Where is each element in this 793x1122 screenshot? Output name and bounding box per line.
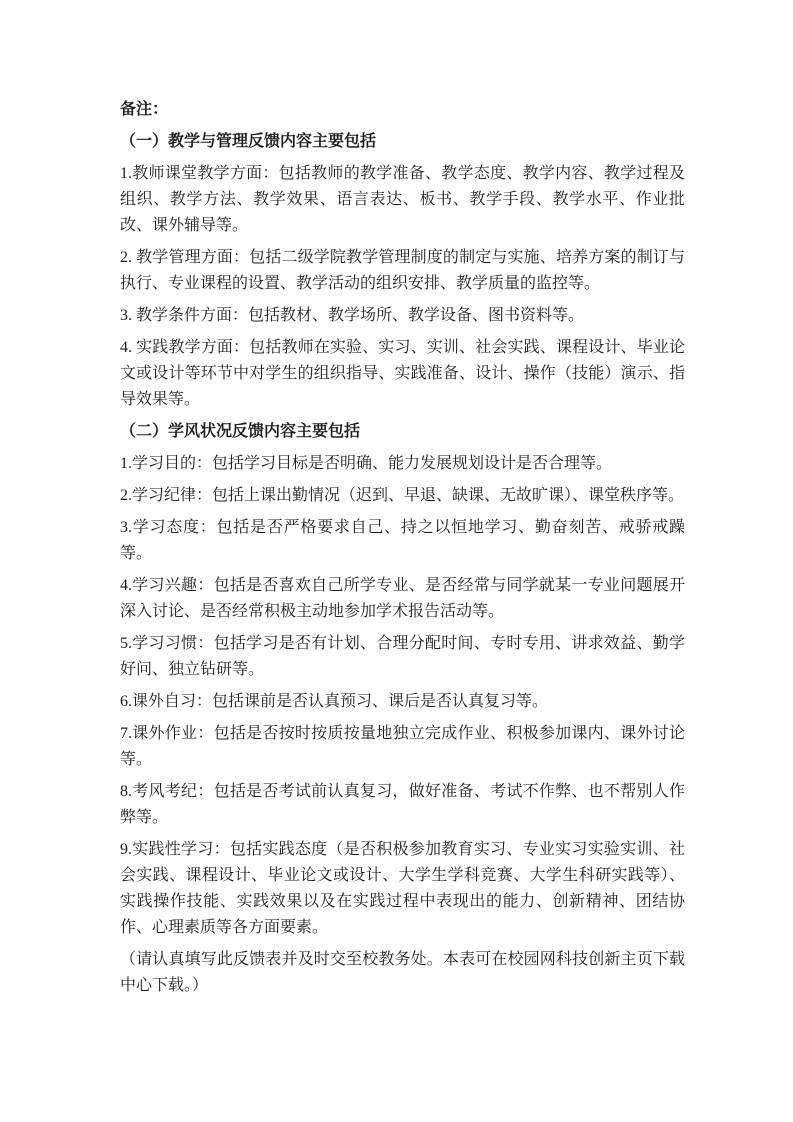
- section-1-item-4: 4. 实践教学方面：包括教师在实验、实习、实训、社会实践、课程设计、毕业论文或设…: [120, 335, 685, 413]
- section-2-heading: （二）学风状况反馈内容主要包括: [120, 419, 685, 445]
- section-1-item-1: 1.教师课堂教学方面：包括教师的教学准备、教学态度、教学内容、教学过程及组织、教…: [120, 161, 685, 239]
- section-2-item-8: 8.考风考纪：包括是否考试前认真复习，做好准备、考试不作弊、也不帮别人作弊等。: [120, 779, 685, 831]
- section-1-heading: （一）教学与管理反馈内容主要包括: [120, 129, 685, 155]
- document-page: 备注： （一）教学与管理反馈内容主要包括 1.教师课堂教学方面：包括教师的教学准…: [120, 97, 685, 1005]
- section-2-item-3: 3.学习态度：包括是否严格要求自己、持之以恒地学习、勤奋刻苦、戒骄戒躁等。: [120, 515, 685, 567]
- footer-note: （请认真填写此反馈表并及时交至校教务处。本表可在校园网科技创新主页下载中心下载。…: [120, 947, 685, 999]
- section-2-item-2: 2.学习纪律：包括上课出勤情况（迟到、早退、缺课、无故旷课）、课堂秩序等。: [120, 483, 685, 509]
- section-2-item-4: 4.学习兴趣：包括是否喜欢自己所学专业、是否经常与同学就某一专业问题展开深入讨论…: [120, 573, 685, 625]
- remarks-label: 备注：: [120, 97, 685, 123]
- section-2-item-6: 6.课外自习：包括课前是否认真预习、课后是否认真复习等。: [120, 689, 685, 715]
- section-2-item-1: 1.学习目的：包括学习目标是否明确、能力发展规划设计是否合理等。: [120, 451, 685, 477]
- section-2-item-9: 9.实践性学习：包括实践态度（是否积极参加教育实习、专业实习实验实训、社会实践、…: [120, 837, 685, 941]
- section-2-item-7: 7.课外作业：包括是否按时按质按量地独立完成作业、积极参加课内、课外讨论等。: [120, 721, 685, 773]
- section-1-item-2: 2. 教学管理方面：包括二级学院教学管理制度的制定与实施、培养方案的制订与执行、…: [120, 245, 685, 297]
- section-2-item-5: 5.学习习惯：包括学习是否有计划、合理分配时间、专时专用、讲求效益、勤学好问、独…: [120, 631, 685, 683]
- section-1-item-3: 3. 教学条件方面：包括教材、教学场所、教学设备、图书资料等。: [120, 303, 685, 329]
